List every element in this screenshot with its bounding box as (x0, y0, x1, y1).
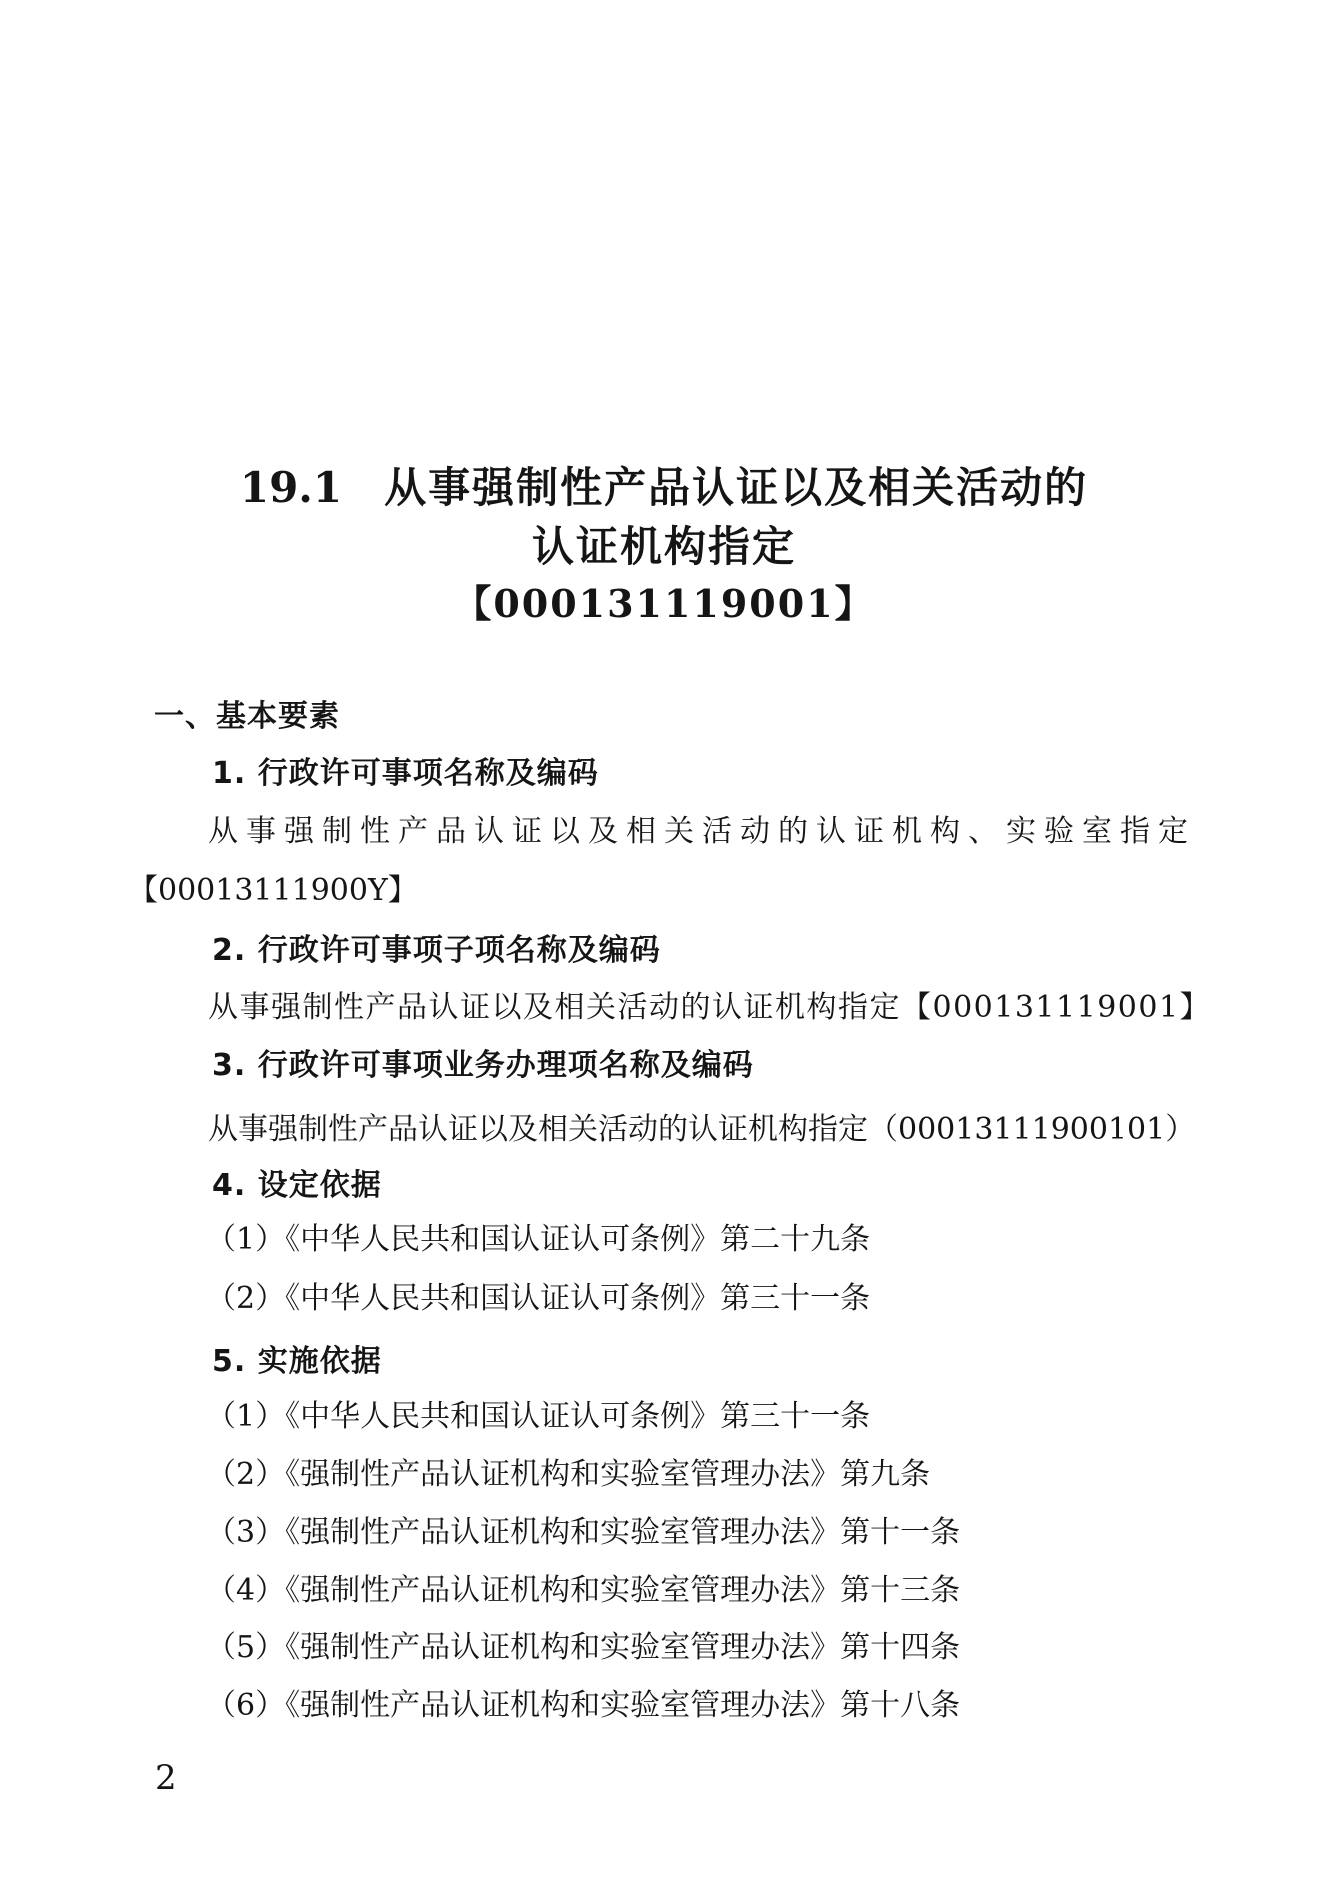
item-5-ref-2: （2）《强制性产品认证机构和实验室管理办法》第九条 (128, 1456, 1200, 1494)
item-2-body: 从事强制性产品认证以及相关活动的认证机构指定【000131119001】 (128, 989, 1200, 1027)
item-5-ref-5: （5）《强制性产品认证机构和实验室管理办法》第十四条 (128, 1629, 1200, 1667)
item-4-heading: 4. 设定依据 (128, 1167, 1200, 1205)
item-1-heading: 1. 行政许可事项名称及编码 (128, 755, 1200, 793)
document-page: 19.1从事强制性产品认证以及相关活动的 认证机构指定 【00013111900… (0, 0, 1339, 1890)
item-2-heading: 2. 行政许可事项子项名称及编码 (128, 932, 1200, 970)
chapter-title-text: 从事强制性产品认证以及相关活动的 (384, 463, 1088, 512)
item-5-heading: 5. 实施依据 (128, 1343, 1200, 1381)
item-5-ref-6: （6）《强制性产品认证机构和实验室管理办法》第十八条 (128, 1687, 1200, 1725)
chapter-code: 【000131119001】 (128, 580, 1200, 628)
item-3-body: 从事强制性产品认证以及相关活动的认证机构指定（00013111900101） (128, 1111, 1200, 1149)
item-5-ref-3: （3）《强制性产品认证机构和实验室管理办法》第十一条 (128, 1514, 1200, 1552)
chapter-number: 19.1 (240, 463, 342, 512)
chapter-title-line1: 19.1从事强制性产品认证以及相关活动的 (128, 462, 1200, 515)
item-4-ref-2: （2）《中华人民共和国认证认可条例》第三十一条 (128, 1280, 1200, 1318)
item-3-heading: 3. 行政许可事项业务办理项名称及编码 (128, 1047, 1200, 1085)
item-5-ref-4: （4）《强制性产品认证机构和实验室管理办法》第十三条 (128, 1572, 1200, 1610)
section-heading: 一、基本要素 (128, 698, 1200, 736)
item-4-ref-1: （1）《中华人民共和国认证认可条例》第二十九条 (128, 1221, 1200, 1259)
item-1-body-line1: 从事强制性产品认证以及相关活动的认证机构、实验室指定 (128, 813, 1200, 851)
chapter-title-line2: 认证机构指定 (128, 521, 1200, 574)
page-number: 2 (155, 1758, 177, 1798)
item-1-body-line2: 【00013111900Y】 (128, 872, 1200, 910)
item-5-ref-1: （1）《中华人民共和国认证认可条例》第三十一条 (128, 1398, 1200, 1436)
